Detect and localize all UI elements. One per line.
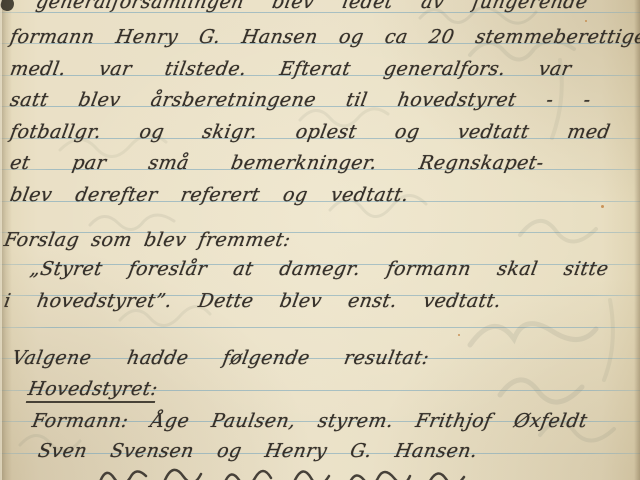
paper-speck xyxy=(458,334,460,336)
notebook-page: generalforsamlingen blev ledet av funger… xyxy=(0,0,640,480)
partial-handwriting-line xyxy=(0,0,640,480)
paper-speck xyxy=(601,205,604,208)
paper-speck xyxy=(585,20,587,22)
page-right-edge xyxy=(634,0,640,480)
page-edge-highlight xyxy=(0,0,2,480)
